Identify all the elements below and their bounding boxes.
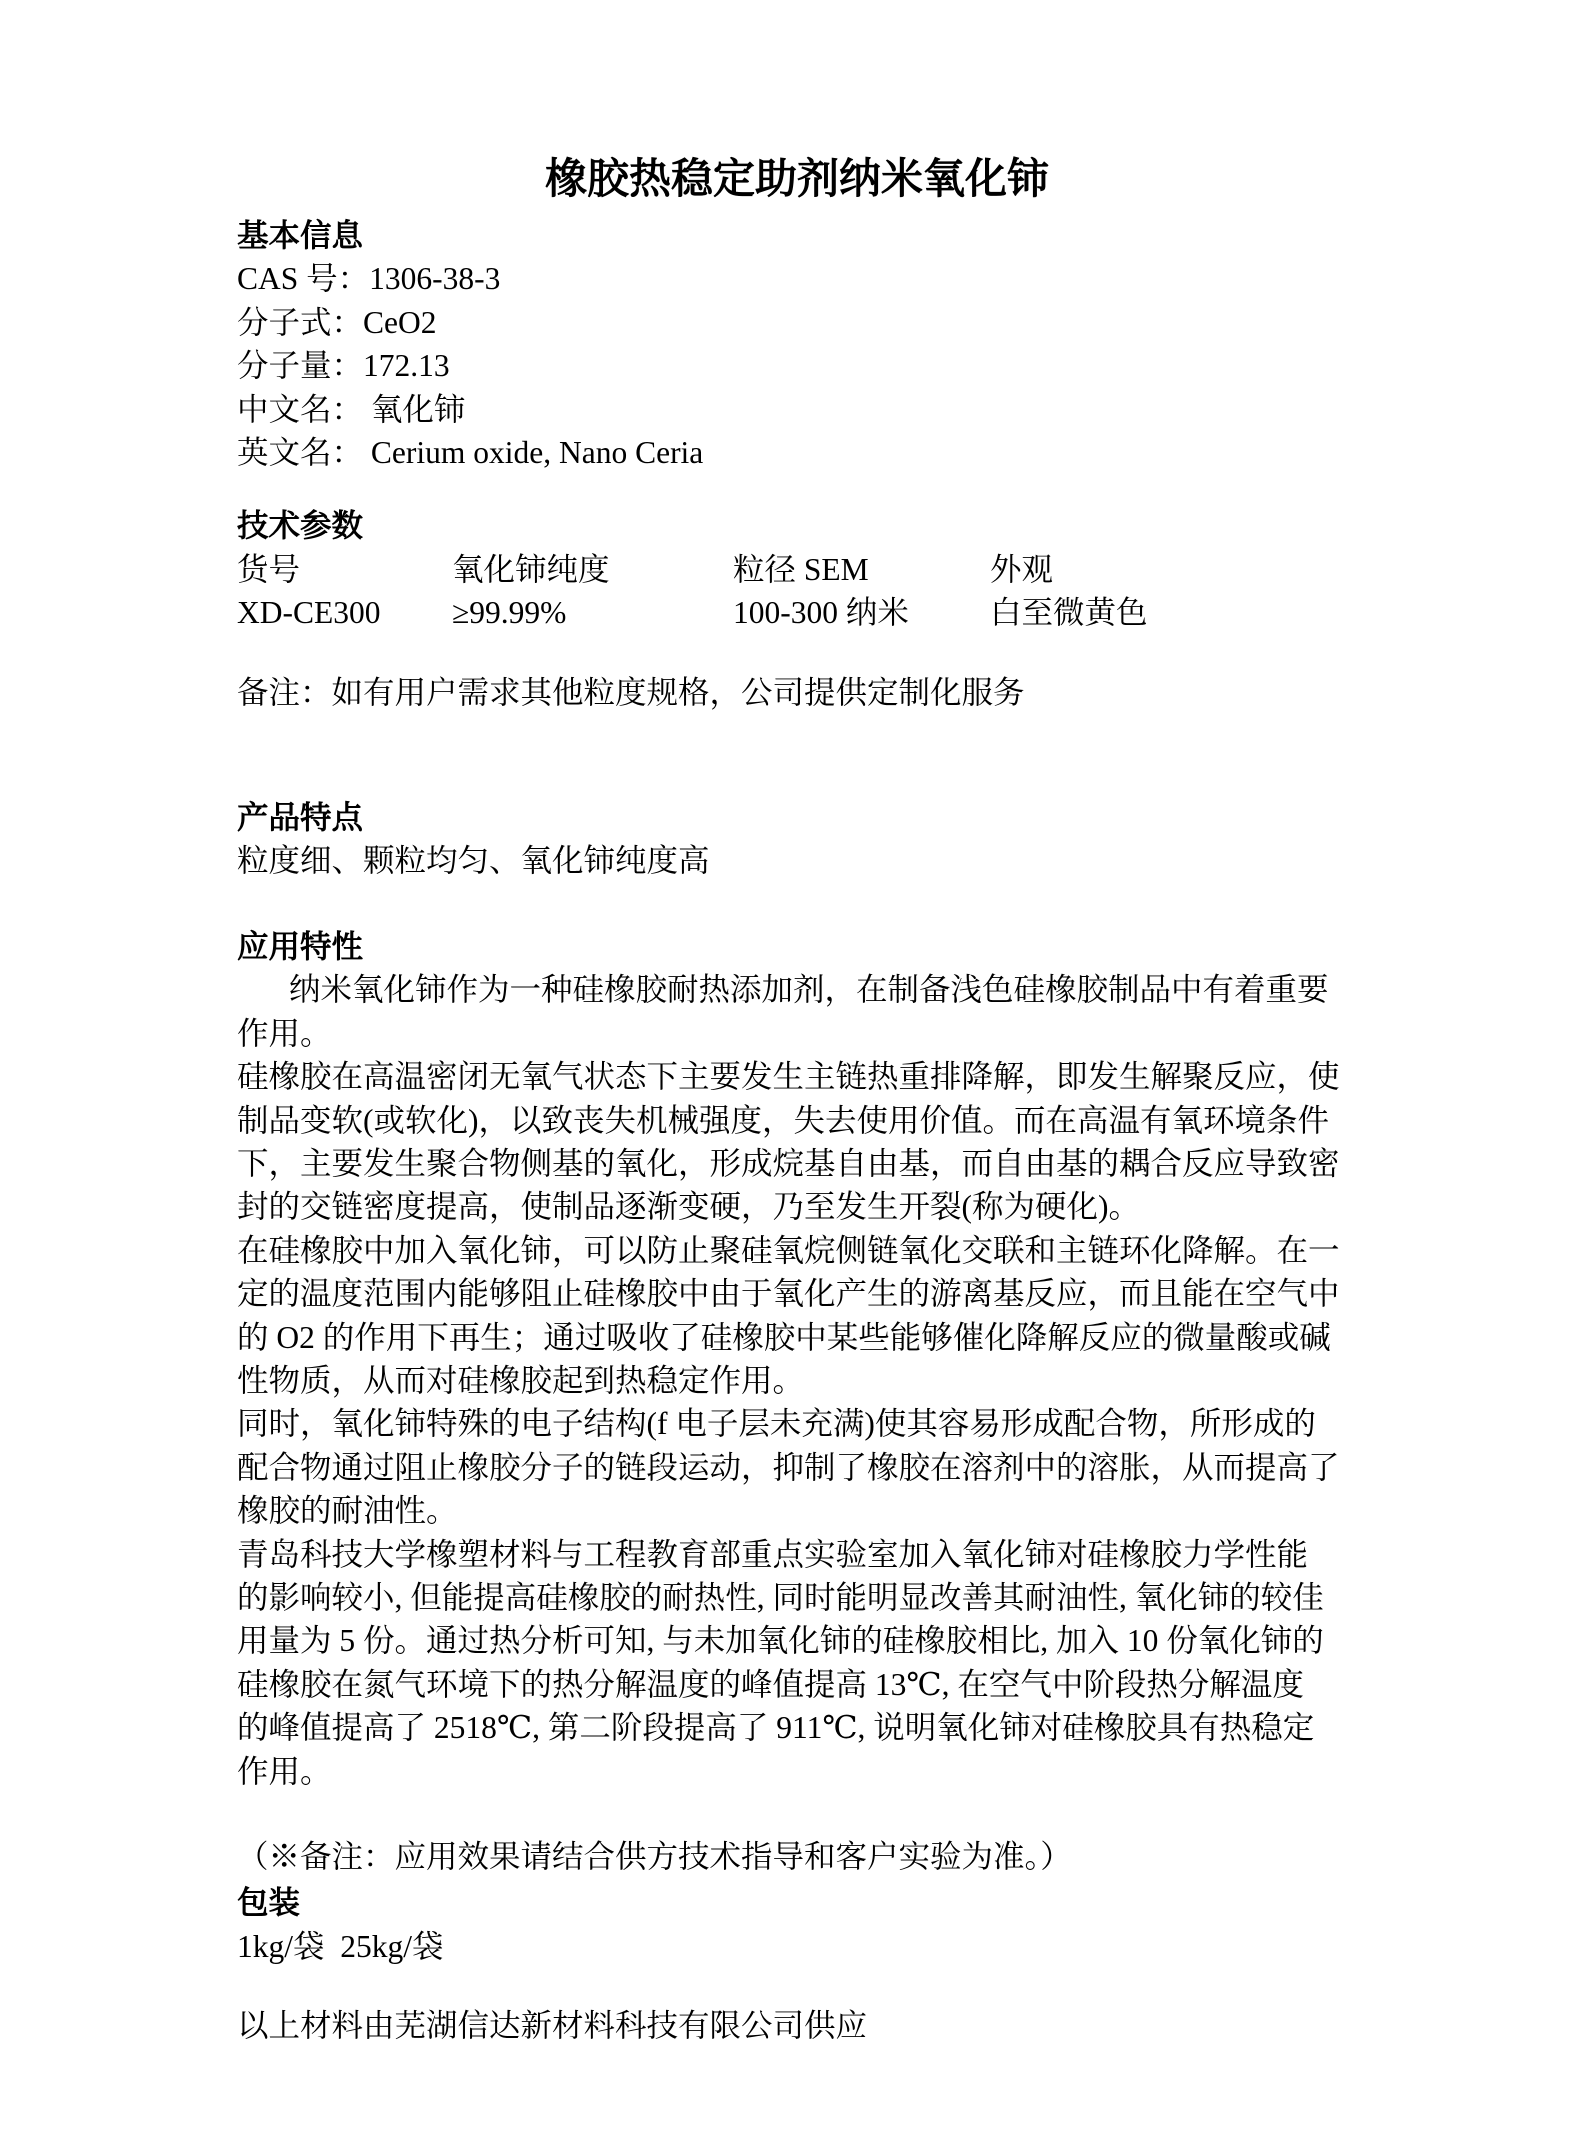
application-paragraph-4: 同时，氧化铈特殊的电子结构(f 电子层未充满)使其容易形成配合物，所形成的 配合… bbox=[237, 1402, 1357, 1532]
application-heading: 应用特性 bbox=[237, 925, 1357, 968]
document-page: 橡胶热稳定助剂纳米氧化铈 基本信息 CAS 号：1306-38-3 分子式：Ce… bbox=[0, 0, 1587, 2151]
product-features-heading: 产品特点 bbox=[237, 796, 1357, 839]
cas-number-line: CAS 号：1306-38-3 bbox=[237, 257, 1357, 300]
cell-particle-size: 100-300 纳米 bbox=[733, 591, 990, 634]
section-tech-params: 技术参数 货号 氧化铈纯度 粒径 SEM 外观 XD-CE300 ≥99.99%… bbox=[237, 504, 1357, 714]
supplier-line: 以上材料由芜湖信达新材料科技有限公司供应 bbox=[237, 2004, 1357, 2047]
section-application: 应用特性 纳米氧化铈作为一种硅橡胶耐热添加剂，在制备浅色硅橡胶制品中有着重要 作… bbox=[237, 925, 1357, 1793]
tech-params-note: 备注：如有用户需求其他粒度规格，公司提供定制化服务 bbox=[237, 671, 1357, 714]
packaging-heading: 包装 bbox=[237, 1881, 1357, 1924]
column-header-purity: 氧化铈纯度 bbox=[452, 548, 733, 591]
tech-params-heading: 技术参数 bbox=[237, 504, 1357, 547]
english-name-line: 英文名： Cerium oxide, Nano Ceria bbox=[237, 431, 1357, 474]
application-paragraph-1: 纳米氧化铈作为一种硅橡胶耐热添加剂，在制备浅色硅橡胶制品中有着重要 作用。 bbox=[237, 968, 1357, 1055]
cell-appearance: 白至微黄色 bbox=[990, 591, 1357, 634]
application-paragraph-3: 在硅橡胶中加入氧化铈，可以防止聚硅氧烷侧链氧化交联和主链环化降解。在一 定的温度… bbox=[237, 1229, 1357, 1403]
application-paragraph-2: 硅橡胶在高温密闭无氧气状态下主要发生主链热重排降解，即发生解聚反应，使 制品变软… bbox=[237, 1055, 1357, 1229]
application-paragraph-5: 青岛科技大学橡塑材料与工程教育部重点实验室加入氧化铈对硅橡胶力学性能 的影响较小… bbox=[237, 1533, 1357, 1793]
molecular-weight-line: 分子量：172.13 bbox=[237, 344, 1357, 387]
table-row: XD-CE300 ≥99.99% 100-300 纳米 白至微黄色 bbox=[237, 591, 1357, 634]
section-basic-info: 基本信息 CAS 号：1306-38-3 分子式：CeO2 分子量：172.13… bbox=[237, 214, 1357, 474]
molecular-formula-line: 分子式：CeO2 bbox=[237, 301, 1357, 344]
table-header-row: 货号 氧化铈纯度 粒径 SEM 外观 bbox=[237, 548, 1357, 591]
column-header-appearance: 外观 bbox=[990, 548, 1357, 591]
cell-purity: ≥99.99% bbox=[452, 591, 733, 634]
remark-line: （※备注：应用效果请结合供方技术指导和客户实验为准。） bbox=[237, 1835, 1357, 1878]
packaging-text: 1kg/袋 25kg/袋 bbox=[237, 1925, 1357, 1968]
section-packaging: 包装 1kg/袋 25kg/袋 bbox=[237, 1881, 1357, 1968]
page-title: 橡胶热稳定助剂纳米氧化铈 bbox=[237, 158, 1357, 202]
basic-info-heading: 基本信息 bbox=[237, 214, 1357, 257]
column-header-particle-size: 粒径 SEM bbox=[733, 548, 990, 591]
product-features-text: 粒度细、颗粒均匀、氧化铈纯度高 bbox=[237, 839, 1357, 882]
section-product-features: 产品特点 粒度细、颗粒均匀、氧化铈纯度高 bbox=[237, 796, 1357, 883]
column-header-item-no: 货号 bbox=[237, 548, 452, 591]
tech-params-table: 货号 氧化铈纯度 粒径 SEM 外观 XD-CE300 ≥99.99% 100-… bbox=[237, 548, 1357, 635]
cell-item-no: XD-CE300 bbox=[237, 591, 452, 634]
chinese-name-line: 中文名： 氧化铈 bbox=[237, 388, 1357, 431]
